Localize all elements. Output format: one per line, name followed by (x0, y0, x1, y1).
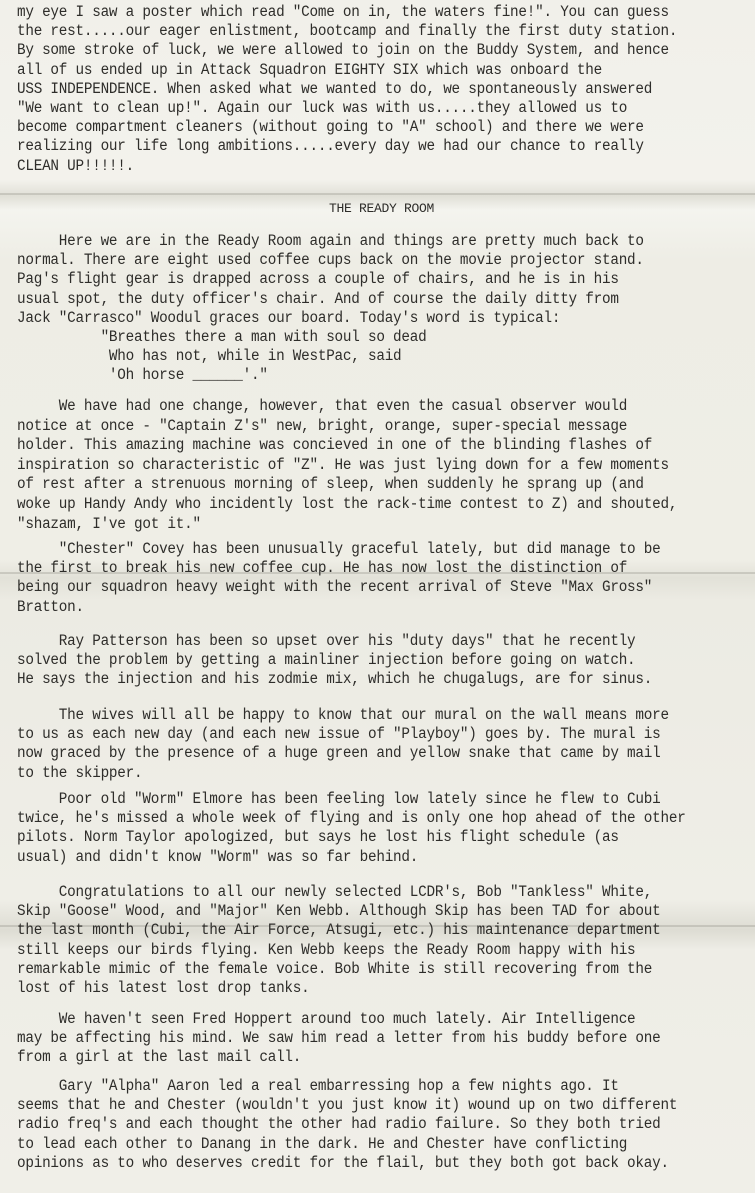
text-line: "Chester" Covey has been unusually grace… (17, 540, 660, 559)
text-line: Who has not, while in WestPac, said (17, 347, 401, 366)
text-line: 'Oh horse ______'." (17, 366, 268, 385)
text-line: He says the injection and his zodmie mix… (17, 670, 652, 689)
text-line: still keeps our birds flying. Ken Webb k… (17, 941, 635, 960)
text-line: We haven't seen Fred Hoppert around too … (17, 1010, 635, 1029)
text-line: my eye I saw a poster which read "Come o… (17, 3, 669, 22)
text-line: the first to break his new coffee cup. H… (17, 559, 627, 578)
text-line: woke up Handy Andy who incidently lost t… (17, 495, 677, 514)
text-line: "Breathes there a man with soul so dead (17, 328, 426, 347)
text-line: normal. There are eight used coffee cups… (17, 251, 644, 270)
text-line: solved the problem by getting a mainline… (17, 651, 635, 670)
text-line: The wives will all be happy to know that… (17, 706, 669, 725)
text-line: Here we are in the Ready Room again and … (17, 232, 644, 251)
text-line: to us as each new day (and each new issu… (17, 725, 660, 744)
text-line: holder. This amazing machine was conciev… (17, 436, 652, 455)
fold-line (0, 193, 755, 195)
text-line: remarkable mimic of the female voice. Bo… (17, 960, 652, 979)
text-line: "We want to clean up!". Again our luck w… (17, 99, 627, 118)
text-line: the rest.....our eager enlistment, bootc… (17, 22, 677, 41)
text-line: to lead each other to Danang in the dark… (17, 1135, 627, 1154)
text-line: Pag's flight gear is drapped across a co… (17, 270, 619, 289)
text-line: notice at once - "Captain Z's" new, brig… (17, 417, 627, 436)
text-line: We have had one change, however, that ev… (17, 397, 627, 416)
text-line: Poor old "Worm" Elmore has been feeling … (17, 790, 660, 809)
text-line: Skip "Goose" Wood, and "Major" Ken Webb.… (17, 902, 660, 921)
text-line: Congratulations to all our newly selecte… (17, 883, 652, 902)
text-line: CLEAN UP!!!!!. (17, 157, 134, 176)
text-line: to the skipper. (17, 764, 142, 783)
text-line: radio freq's and each thought the other … (17, 1115, 660, 1134)
text-line: By some stroke of luck, we were allowed … (17, 41, 669, 60)
text-line: all of us ended up in Attack Squadron EI… (17, 61, 602, 80)
text-line: inspiration so characteristic of "Z". He… (17, 456, 669, 475)
text-line: opinions as to who deserves credit for t… (17, 1154, 669, 1173)
text-line: Bratton. (17, 598, 84, 617)
text-line: USS INDEPENDENCE. When asked what we wan… (17, 80, 652, 99)
section-title: THE READY ROOM (329, 201, 434, 216)
text-line: being our squadron heavy weight with the… (17, 578, 652, 597)
text-line: become compartment cleaners (without goi… (17, 118, 644, 137)
text-line: the last month (Cubi, the Air Force, Ats… (17, 921, 660, 940)
text-line: Ray Patterson has been so upset over his… (17, 632, 635, 651)
text-line: may be affecting his mind. We saw him re… (17, 1029, 660, 1048)
text-line: seems that he and Chester (wouldn't you … (17, 1096, 677, 1115)
text-line: twice, he's missed a whole week of flyin… (17, 809, 686, 828)
text-line: "shazam, I've got it." (17, 515, 201, 534)
text-line: usual) and didn't know "Worm" was so far… (17, 848, 418, 867)
text-line: lost of his latest lost drop tanks. (17, 979, 309, 998)
text-line: now graced by the presence of a huge gre… (17, 744, 660, 763)
text-line: realizing our life long ambitions.....ev… (17, 137, 644, 156)
text-line: from a girl at the last mail call. (17, 1048, 301, 1067)
text-line: Gary "Alpha" Aaron led a real embarressi… (17, 1077, 619, 1096)
text-line: usual spot, the duty officer's chair. An… (17, 290, 619, 309)
text-line: Jack "Carrasco" Woodul graces our board.… (17, 309, 560, 328)
text-line: of rest after a strenuous morning of sle… (17, 475, 644, 494)
text-line: pilots. Norm Taylor apologized, but says… (17, 828, 619, 847)
